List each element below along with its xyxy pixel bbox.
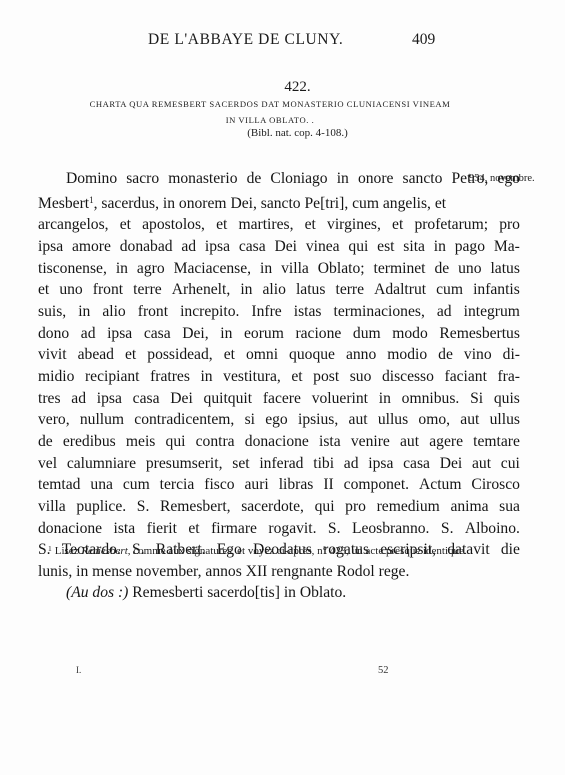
document-page: DE L'ABBAYE DE CLUNY. 409 422. Charta qu… bbox=[0, 0, 565, 775]
body-line-7: suis,inaliofrontincrepito.Infreistasterm… bbox=[38, 301, 520, 323]
body-line-12: vero,nullumcontradicentem,siegoipsius,au… bbox=[38, 409, 520, 431]
charter-title-line-1: Charta qua Remesbert sacerdos dat monast… bbox=[70, 96, 470, 112]
body-line-17: donacioneistafieritetfirmarerogavit.S.Le… bbox=[38, 518, 520, 540]
endorsement-text: Remesberti sacerdo[tis] in Oblato. bbox=[128, 582, 346, 604]
printer-signature-sheet: 52 bbox=[378, 665, 389, 676]
body-line-4: ipsaamoredonabadadipsacasaDeivineaquiest… bbox=[38, 236, 520, 258]
charter-source: (Bibl. nat. cop. 4-108.) bbox=[0, 127, 565, 139]
charter-title: Charta qua Remesbert sacerdos dat monast… bbox=[70, 96, 470, 128]
body-line-13: deeredibusmeisquicontradonacioneistaveni… bbox=[38, 431, 520, 453]
body-line-16: villapuplice.S.Remesbert,sacerdote,quipr… bbox=[38, 496, 520, 518]
body-line-3: arcangelos,etapostolos,etmartires,etvirg… bbox=[38, 214, 520, 236]
footnote-mark: 1 bbox=[38, 544, 55, 553]
charter-number: 422. bbox=[0, 79, 565, 96]
endorsement-line: (Au dos :) Remesberti sacerdo[tis] in Ob… bbox=[38, 582, 520, 604]
printer-signature-volume: I. bbox=[76, 665, 81, 675]
endorsement-label: (Au dos :) bbox=[66, 582, 128, 604]
body-line-1: DominosacromonasteriodeCloniagoinonoresa… bbox=[38, 168, 520, 190]
footnote: 1Lisez Remesbert, comme aux signatures, … bbox=[38, 542, 508, 559]
page-number: 409 bbox=[412, 31, 435, 49]
body-line-6: etunofrontterreArhenelt,inaliolatusterre… bbox=[38, 279, 520, 301]
charter-body: DominosacromonasteriodeCloniagoinonoresa… bbox=[38, 168, 520, 604]
body-line-8: donoadipsacasaDei,ineorumracionedummodoR… bbox=[38, 323, 520, 345]
charter-title-line-2: in villa Oblato. . bbox=[70, 112, 470, 128]
body-line-10: midiorecipiantfratresinvestitura,etposts… bbox=[38, 366, 520, 388]
body-line-15: temtadunacumterciafiscoaurilibrasIIcompo… bbox=[38, 474, 520, 496]
footnote-italic-name: Remesbert bbox=[81, 545, 127, 557]
body-line-9: vivitabeadetpossidead,etomniquoqueannomo… bbox=[38, 344, 520, 366]
body-line-19: lunis, in mense november, annos XII reng… bbox=[38, 561, 520, 583]
body-line-5: tisconense,inagroMaciacense,invillaOblat… bbox=[38, 258, 520, 280]
body-line-14: velcalumniarepresumserit,setinferadtibia… bbox=[38, 453, 520, 475]
body-line-11: tresadipsacasaDeiquitquitfacerevoluerint… bbox=[38, 388, 520, 410]
body-line-2: Mesbert1, sacerdus, in onorem Dei, sanct… bbox=[38, 190, 520, 215]
running-head-title: DE L'ABBAYE DE CLUNY. bbox=[148, 31, 343, 49]
